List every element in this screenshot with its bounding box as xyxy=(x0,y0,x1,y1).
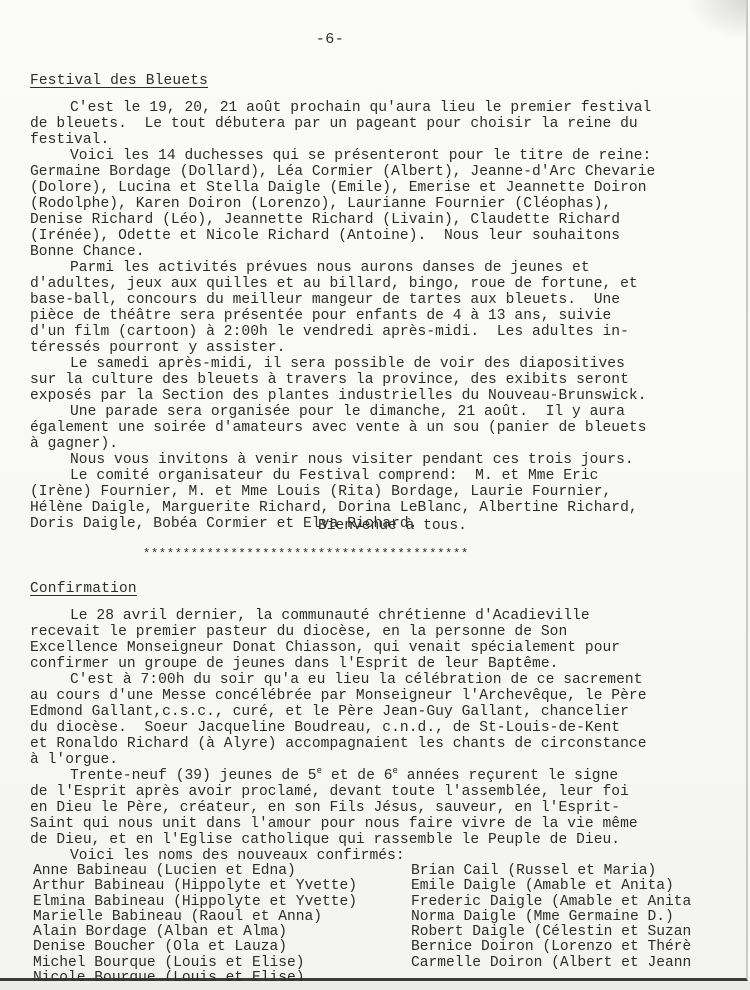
text-line-ordinals: Trente-neuf (39) jeunes de 5e et de 6e a… xyxy=(30,768,710,784)
text-line: en Dieu le Père, créateur, en son Fils J… xyxy=(30,800,710,816)
text-line: sur la culture des bleuets à travers la … xyxy=(30,372,710,388)
text-line: au cours d'une Messe concélébrée par Mon… xyxy=(30,688,710,704)
text-line: C'est à 7:00h du soir qu'a eu lieu la cé… xyxy=(30,672,710,688)
text-line: (Irénée), Odette et Nicole Richard (Anto… xyxy=(30,228,710,244)
festival-heading: Festival des Bleuets xyxy=(30,73,208,89)
text-line: Saint qui nous unit dans l'amour pour no… xyxy=(30,816,710,832)
list-item: Alain Bordage (Alban et Alma) xyxy=(33,925,357,940)
text-line: Le comité organisateur du Festival compr… xyxy=(30,468,710,484)
text-line: de Dieu, et en l'Eglise catholique qui r… xyxy=(30,832,710,848)
text-line: du diocèse. Soeur Jacqueline Boudreau, c… xyxy=(30,720,710,736)
list-item: Robert Daigle (Célestin et Suzan xyxy=(411,925,691,940)
text-line: Nous vous invitons à venir nous visiter … xyxy=(30,452,710,468)
text-line: (Irène) Fournier, M. et Mme Louis (Rita)… xyxy=(30,484,710,500)
text-line: exposés par la Section des plantes indus… xyxy=(30,388,710,404)
list-item: Elmina Babineau (Hippolyte et Yvette) xyxy=(33,895,357,910)
text-line: Germaine Bordage (Dollard), Léa Cormier … xyxy=(30,164,710,180)
list-item: Denise Boucher (Ola et Lauza) xyxy=(33,940,357,955)
list-item: Anne Babineau (Lucien et Edna) xyxy=(33,864,357,879)
text-line: à gagner). xyxy=(30,436,710,452)
confirmation-body: Le 28 avril dernier, la communauté chrét… xyxy=(30,608,710,864)
text-line: recevait le premier pasteur du diocèse, … xyxy=(30,624,710,640)
text-line: et Ronaldo Richard (à Alyre) accompagnai… xyxy=(30,736,710,752)
text-line: base-ball, concours du meilleur mangeur … xyxy=(30,292,710,308)
text-line: pièce de théâtre sera présentée pour enf… xyxy=(30,308,710,324)
text-line: confirmer un groupe de jeunes dans l'Esp… xyxy=(30,656,710,672)
page-corner-shadow xyxy=(686,0,746,40)
text-line: Parmi les activités prévues nous aurons … xyxy=(30,260,710,276)
festival-body: C'est le 19, 20, 21 août prochain qu'aur… xyxy=(30,100,710,532)
text-line: à l'orgue. xyxy=(30,752,710,768)
text-line: Le 28 avril dernier, la communauté chrét… xyxy=(30,608,710,624)
text-line: Edmond Gallant,c.s.c., curé, et le Père … xyxy=(30,704,710,720)
document-page: -6- Festival des Bleuets C'est le 19, 20… xyxy=(0,0,748,981)
page-number: -6- xyxy=(0,31,660,48)
list-item: Emile Daigle (Amable et Anita) xyxy=(411,879,691,894)
text-line: Voici les 14 duchesses qui se présentero… xyxy=(30,148,710,164)
text-line: Une parade sera organisée pour le dimanc… xyxy=(30,404,710,420)
festival-closing: Bienvenue à tous. xyxy=(318,518,467,534)
section-separator: ****************************************… xyxy=(143,547,469,561)
text-line: Bonne Chance. xyxy=(30,244,710,260)
list-item: Norma Daigle (Mme Germaine D.) xyxy=(411,910,691,925)
text-line: Voici les noms des nouveaux confirmés: xyxy=(30,848,710,864)
text-line: de l'Esprit après avoir proclamé, devant… xyxy=(30,784,710,800)
list-item: Michel Bourque (Louis et Elise) xyxy=(33,956,357,971)
text-line: Excellence Monseigneur Donat Chiasson, q… xyxy=(30,640,710,656)
list-item: Carmelle Doiron (Albert et Jeann xyxy=(411,956,691,971)
text-fragment: et de 6 xyxy=(322,768,392,784)
text-line: d'adultes, jeux aux quilles et au billar… xyxy=(30,276,710,292)
text-line: (Rodolphe), Karen Doiron (Lorenzo), Laur… xyxy=(30,196,710,212)
text-line: Le samedi après-midi, il sera possible d… xyxy=(30,356,710,372)
text-line: C'est le 19, 20, 21 août prochain qu'aur… xyxy=(30,100,710,116)
list-item: Bernice Doiron (Lorenzo et Thérè xyxy=(411,940,691,955)
scan-bottom-margin xyxy=(0,981,750,990)
text-fragment: années reçurent le signe xyxy=(398,768,618,784)
list-item: Marielle Babineau (Raoul et Anna) xyxy=(33,910,357,925)
list-item: Arthur Babineau (Hippolyte et Yvette) xyxy=(33,879,357,894)
confirmed-list-right: Brian Cail (Russel et Maria)Emile Daigle… xyxy=(411,864,691,971)
list-item: Brian Cail (Russel et Maria) xyxy=(411,864,691,879)
list-item: Frederic Daigle (Amable et Anita xyxy=(411,895,691,910)
text-line: de bleuets. Le tout débutera par un page… xyxy=(30,116,710,132)
confirmed-list-left: Anne Babineau (Lucien et Edna)Arthur Bab… xyxy=(33,864,357,986)
text-line: Hélène Daigle, Marguerite Richard, Dorin… xyxy=(30,500,710,516)
text-line: également une soirée d'amateurs avec ven… xyxy=(30,420,710,436)
text-line: festival. xyxy=(30,132,710,148)
confirmation-heading: Confirmation xyxy=(30,581,137,597)
text-line: Denise Richard (Léo), Jeannette Richard … xyxy=(30,212,710,228)
text-line: (Dolore), Lucina et Stella Daigle (Emile… xyxy=(30,180,710,196)
text-line: d'un film (cartoon) à 2:00h le vendredi … xyxy=(30,324,710,340)
text-fragment: Trente-neuf (39) jeunes de 5 xyxy=(70,768,317,784)
text-line: téressés pourront y assister. xyxy=(30,340,710,356)
